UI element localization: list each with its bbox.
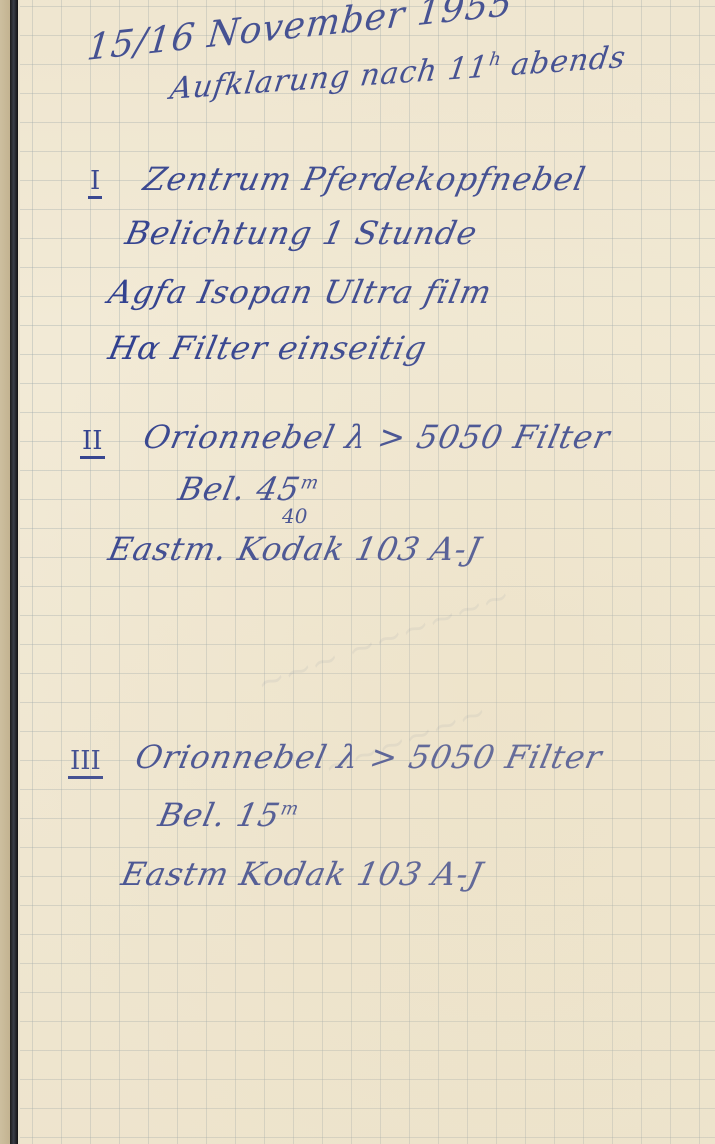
section-1-line-1: Zentrum Pferdekopfnebel [140,160,589,198]
section-3-line-2: Bel. 15m [155,796,302,834]
section-1-line-4: Hα Filter einseitig [105,329,431,367]
section-2-line-3: Eastm. Kodak 103 A-J [105,530,485,568]
notebook-binding [10,0,20,1144]
notebook-page: ~~~ ~~~~~~ ~~~~~~ 15/16 November 1955 Au… [20,0,715,1144]
section-3-line-1: Orionnebel λ > 5050 Filter [132,738,606,776]
section-2-correction: 40 [282,504,307,528]
header-note-tail: abends [509,40,628,83]
section-2-exposure: Bel. 45 [175,470,304,508]
section-2-line-2: Bel. 45m [175,470,322,508]
section-3-numeral: III [68,748,103,779]
section-2-numeral: II [80,428,105,459]
section-3-line-3: Eastm Kodak 103 A-J [118,855,487,893]
section-1-line-3: Agfa Isopan Ultra film [105,273,496,311]
section-3-exposure-unit: m [279,798,302,819]
bleed-through-text: ~~~ ~~~~~~ [251,576,516,705]
section-2-exposure-unit: m [299,472,322,493]
section-3-exposure: Bel. 15 [155,796,284,834]
header-note-text: Aufklarung nach 11 [168,49,491,107]
section-1-line-2: Belichtung 1 Stunde [122,214,481,252]
header-note-sup: h [488,48,504,70]
section-1-numeral: I [88,168,102,199]
section-2-line-1: Orionnebel λ > 5050 Filter [140,418,614,456]
